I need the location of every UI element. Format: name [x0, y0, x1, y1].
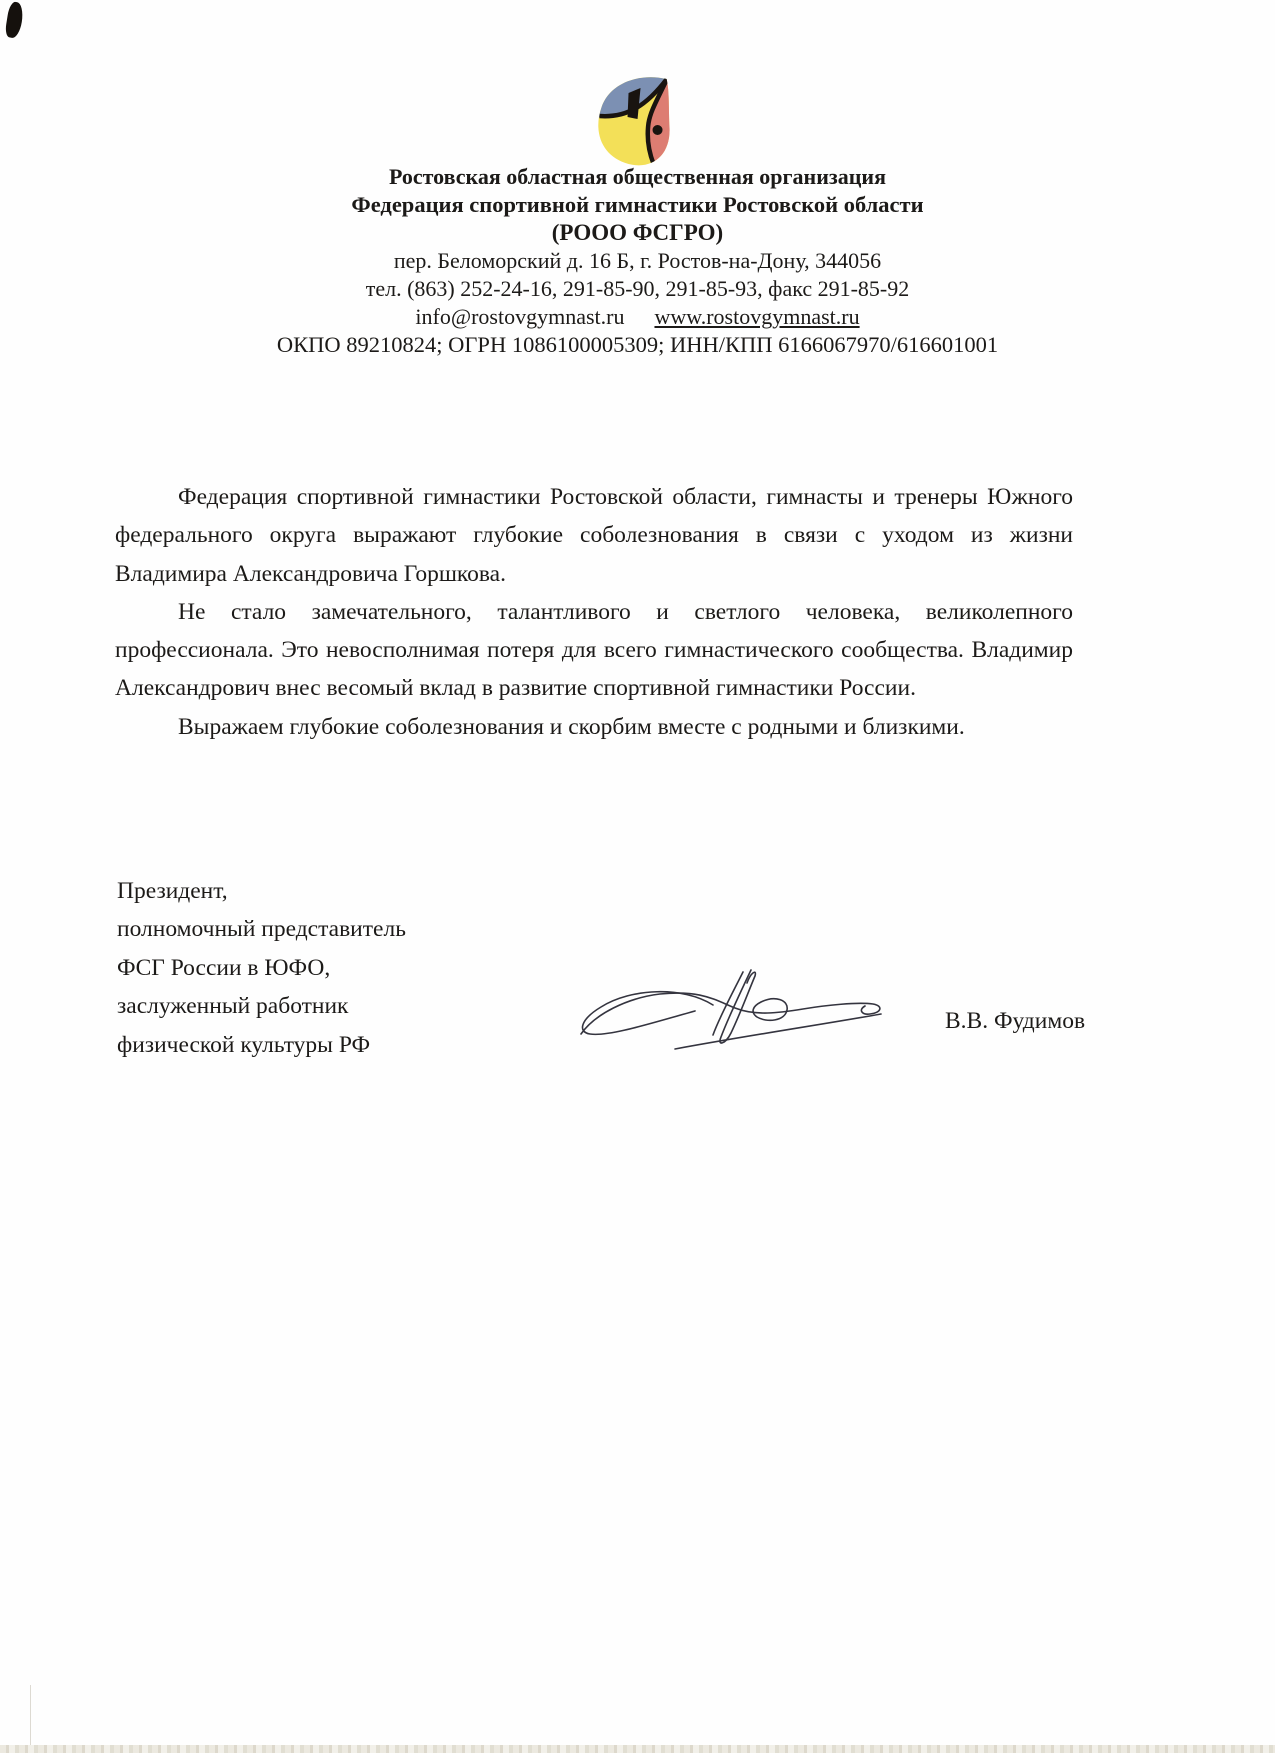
signatory-title-line: полномочный представитель: [117, 910, 406, 948]
scan-artifact-line: [30, 1685, 31, 1745]
org-email: info@rostovgymnast.ru: [415, 304, 624, 329]
org-registration-numbers: ОКПО 89210824; ОГРН 1086100005309; ИНН/К…: [0, 331, 1275, 359]
signatory-title-line: Президент,: [117, 872, 406, 910]
signatory-title-line: ФСГ России в ЮФО,: [117, 949, 406, 987]
org-website-link: www.rostovgymnast.ru: [654, 304, 859, 329]
org-phones: тел. (863) 252-24-16, 291-85-90, 291-85-…: [0, 275, 1275, 303]
signatory-title-line: физической культуры РФ: [117, 1026, 406, 1064]
org-name-line1: Ростовская областная общественная органи…: [0, 163, 1275, 191]
org-abbreviation: (РООО ФСГРО): [0, 219, 1275, 247]
letter-page: Ростовская областная общественная органи…: [0, 0, 1275, 1753]
letter-text: Федерация спортивной гимнастики Ростовск…: [115, 478, 1073, 746]
signature-icon: [563, 960, 898, 1056]
paragraph-condolence-1: Федерация спортивной гимнастики Ростовск…: [115, 478, 1073, 593]
paragraph-condolence-2: Не стало замечательного, талантливого и …: [115, 593, 1073, 708]
gymnast-logo-icon: [594, 73, 676, 167]
letterhead: Ростовская областная общественная органи…: [0, 0, 1275, 359]
org-address: пер. Беломорский д. 16 Б, г. Ростов-на-Д…: [0, 247, 1275, 275]
org-contacts-line: info@rostovgymnast.ruwww.rostovgymnast.r…: [0, 303, 1275, 331]
signatory-titles: Президент, полномочный представитель ФСГ…: [117, 872, 406, 1064]
signatory-name: В.В. Фудимов: [945, 1008, 1085, 1035]
org-name-line2: Федерация спортивной гимнастики Ростовск…: [0, 191, 1275, 219]
paragraph-condolence-3: Выражаем глубокие соболезнования и скорб…: [115, 708, 1073, 746]
scan-artifact-bottom-edge: [0, 1745, 1275, 1753]
signatory-title-line: заслуженный работник: [117, 987, 406, 1025]
federation-logo: [594, 73, 676, 167]
handwritten-signature: [563, 960, 898, 1056]
